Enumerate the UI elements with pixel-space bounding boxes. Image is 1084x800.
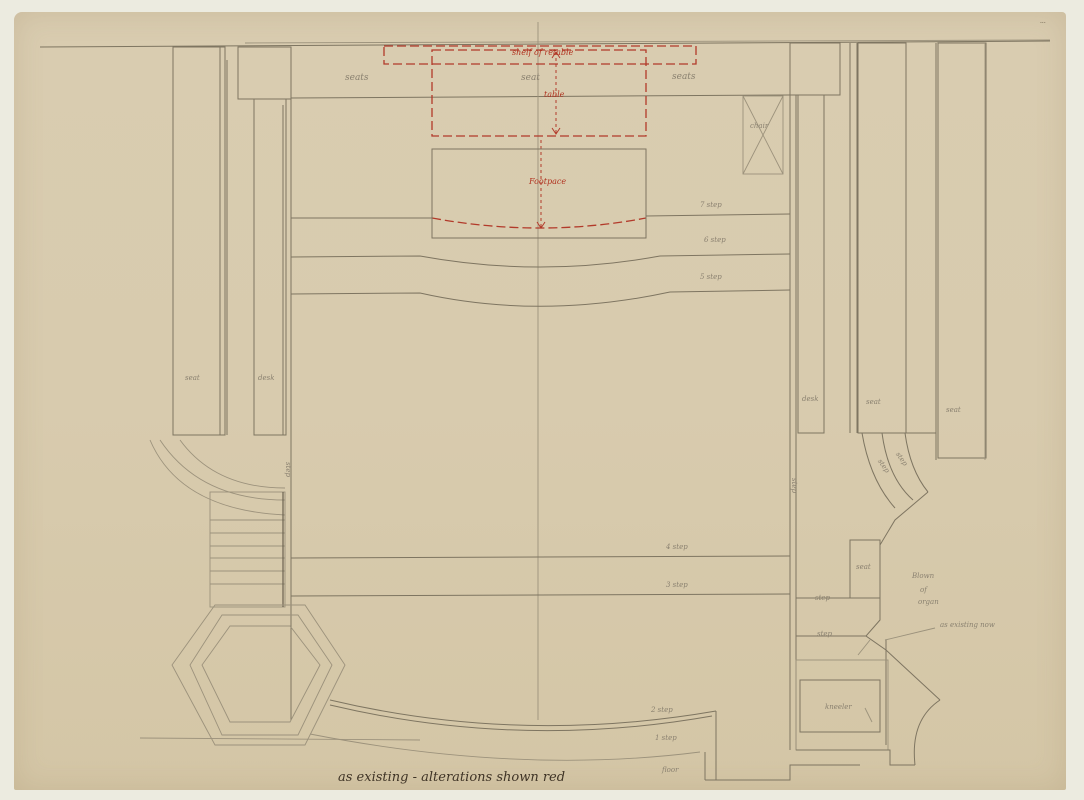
seats-left-label: seats (345, 73, 369, 83)
organ-note-2: of (920, 586, 927, 594)
seats-right-label: seats (672, 72, 696, 82)
shelf-of-retable-label: shelf of retable (512, 48, 573, 57)
right-step-a-label: step (815, 594, 830, 602)
right-lower-structure (796, 492, 940, 765)
right-stalls (790, 43, 986, 750)
right-curved-step (858, 433, 936, 508)
step-3-label: 3 step (666, 581, 688, 589)
seat-center-label: seat (521, 73, 540, 83)
organ-note-3: organ (918, 598, 939, 606)
right-seat-small-label: seat (856, 563, 871, 571)
chair-symbol (743, 96, 783, 174)
footpace-label: Footpace (529, 177, 566, 186)
floor-line (705, 765, 860, 780)
organ-note-1: Blown (912, 572, 934, 580)
right-step-b-label: step (817, 630, 832, 638)
floor-plan-drawing (0, 0, 1084, 800)
step-6-label: 6 step (704, 236, 726, 244)
hexagonal-pulpit (172, 605, 345, 745)
lower-steps (140, 556, 790, 780)
step-4-label: 4 step (666, 543, 688, 551)
kneeler-label: kneeler (825, 703, 852, 711)
step-5-label: 5 step (700, 273, 722, 281)
right-desk-label: desk (802, 395, 818, 403)
as-existing-now-note: as existing now (940, 621, 995, 629)
right-step-vertical-label: step (790, 478, 798, 493)
step-2-label: 2 step (651, 706, 673, 714)
chair-label: chair (750, 122, 768, 130)
left-desk-label: desk (258, 374, 274, 382)
left-seat-label: seat (185, 374, 200, 382)
right-seat-1-label: seat (866, 398, 881, 406)
step-7-label: 7 step (700, 201, 722, 209)
alterations-red (384, 46, 696, 228)
corner-mark: ... (1040, 18, 1046, 25)
top-seat-band (291, 22, 790, 720)
table-label: table (544, 90, 564, 99)
left-stalls (173, 47, 291, 720)
drawing-caption: as existing - alterations shown red (338, 770, 565, 785)
left-curved-stair (150, 440, 285, 607)
step-1-label: 1 step (655, 734, 677, 742)
right-seat-2-label: seat (946, 406, 961, 414)
left-step-label: step (284, 462, 292, 477)
floor-label: floor (662, 766, 678, 774)
